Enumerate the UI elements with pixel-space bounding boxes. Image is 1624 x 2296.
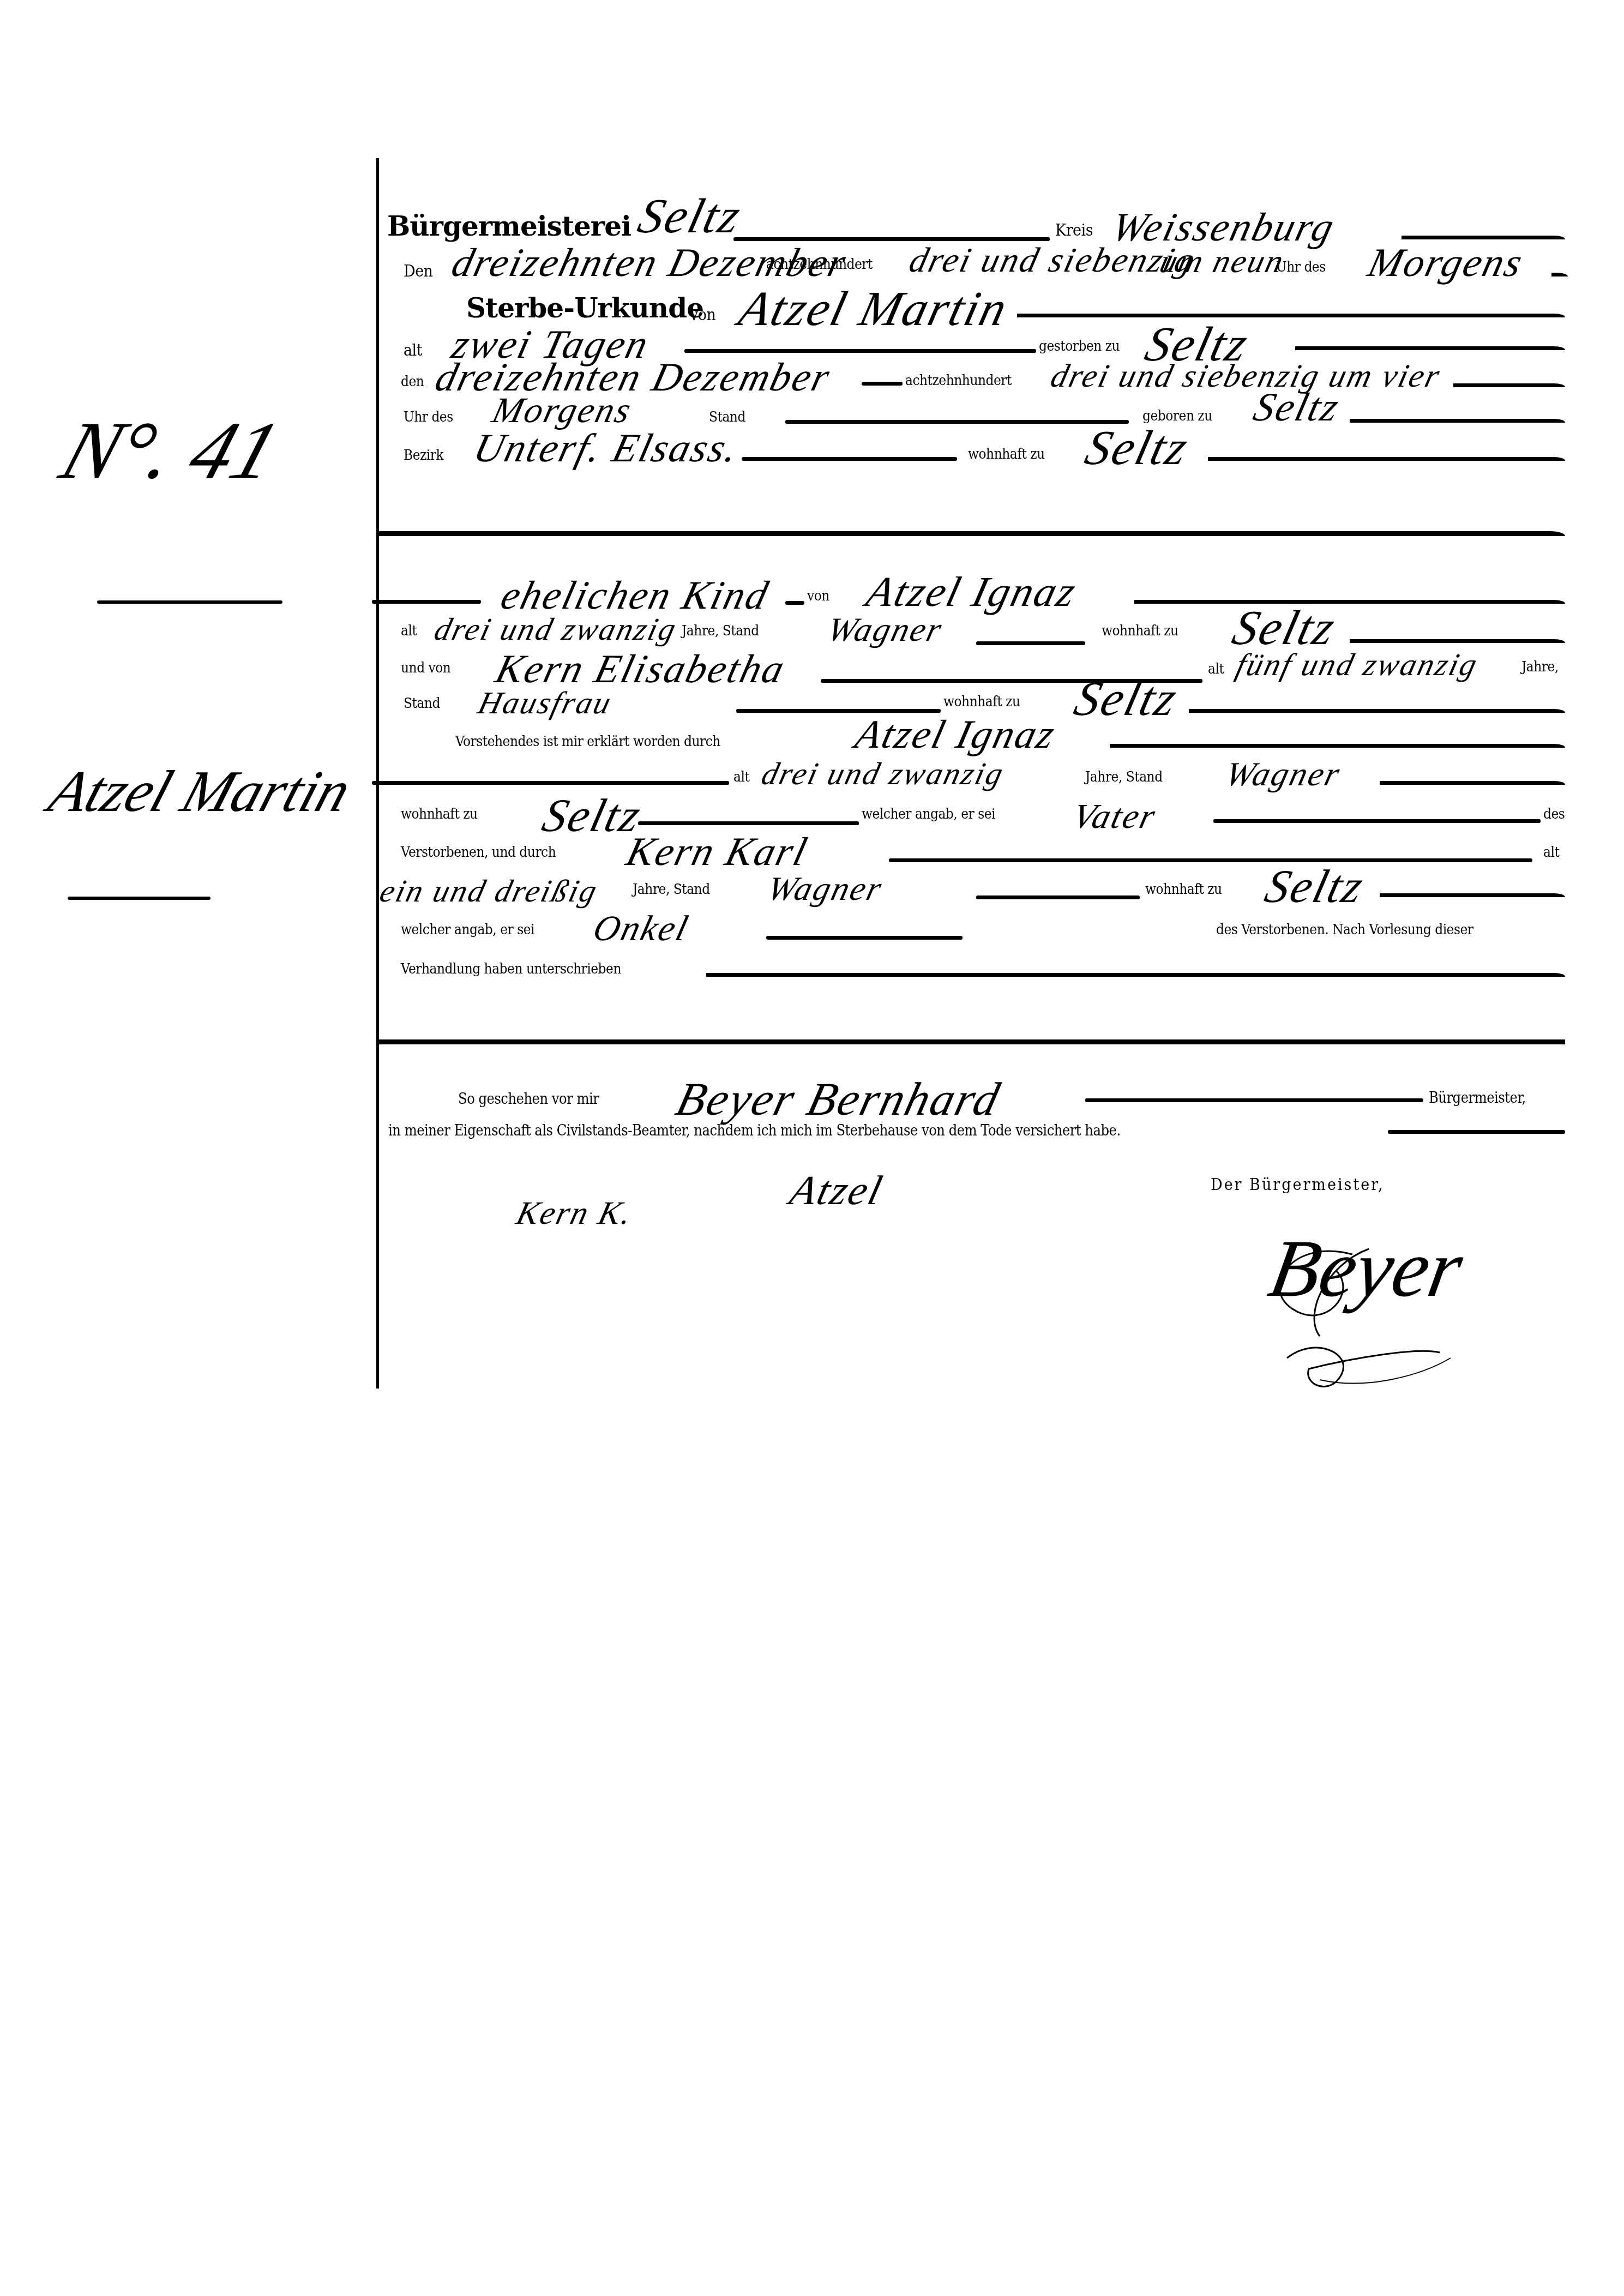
year-value: drei und siebenzig xyxy=(905,240,1199,280)
death-century-label: achtzehnhundert xyxy=(905,372,1012,389)
left-frame-rule xyxy=(376,158,379,1389)
declarant1-lead-line xyxy=(372,781,729,785)
declarant1-residence-label: wohnhaft zu xyxy=(401,806,478,822)
declarant2-age-label: alt xyxy=(1543,844,1559,861)
time-line xyxy=(1551,273,1568,277)
born-line xyxy=(1350,419,1565,423)
declarant1-age: drei und zwanzig xyxy=(758,755,1008,792)
declarant2-name: Kern Karl xyxy=(622,829,813,875)
father-status-line xyxy=(976,641,1085,645)
mother-status-label: Stand xyxy=(404,695,440,712)
status-line xyxy=(785,420,1129,424)
capacity-text: in meiner Eigenschaft als Civilstands-Be… xyxy=(388,1122,1121,1139)
century-label: achtzehnhundert xyxy=(766,256,873,273)
declarant2-residence-line xyxy=(1380,893,1565,897)
father-residence-label: wohnhaft zu xyxy=(1102,623,1178,639)
declarant2-years-label: Jahre, Stand xyxy=(633,881,710,898)
declarant1-name: Atzel Ignaz xyxy=(851,712,1061,758)
of-deceased1-suffix: des xyxy=(1543,806,1565,822)
record-number: N°. 41 xyxy=(50,404,291,497)
margin-deceased-name: Atzel Martin xyxy=(41,758,359,826)
official-name-line xyxy=(1085,1098,1423,1102)
death-hour-label: Uhr des xyxy=(404,409,453,425)
declared-by-text: Vorstehendes ist mir erklärt worden durc… xyxy=(455,734,720,750)
declarant2-residence-label: wohnhaft zu xyxy=(1145,881,1222,898)
father-residence-line xyxy=(1350,639,1565,643)
district-label: Kreis xyxy=(1055,221,1093,240)
child-lead-line xyxy=(372,600,481,604)
section-separator-2 xyxy=(376,1039,1565,1044)
time-value: um neun xyxy=(1156,243,1289,280)
mother-age-value: fünf und zwanzig xyxy=(1232,646,1482,683)
certificate-title: Sterbe-Urkunde xyxy=(466,292,703,324)
witness2-signature: Atzel xyxy=(785,1167,888,1215)
time-of-day: Morgens xyxy=(1363,240,1529,286)
age-line xyxy=(684,349,1036,353)
relation1-line xyxy=(1213,819,1541,823)
official-name: Beyer Bernhard xyxy=(671,1072,1006,1126)
relation1-value: Vater xyxy=(1069,796,1161,837)
region-label: Bezirk xyxy=(404,447,443,464)
deceased-word1: Verstorbenen, und durch xyxy=(401,844,556,861)
mayor-label: Der Bürgermeister, xyxy=(1211,1175,1384,1194)
capacity-line xyxy=(1388,1130,1565,1134)
and-of-label: und von xyxy=(401,660,450,676)
declarant1-status-line xyxy=(1380,781,1565,785)
signed-text: Verhandlung haben unterschrieben xyxy=(401,961,621,977)
signed-line xyxy=(706,973,1565,977)
official-title: Bürgermeister, xyxy=(1429,1090,1526,1107)
father-name: Atzel Ignaz xyxy=(862,567,1082,616)
residence-label: wohnhaft zu xyxy=(968,446,1045,462)
relation2-line xyxy=(766,936,963,940)
father-years-label: Jahre, Stand xyxy=(682,623,759,639)
declarant2-status: Wagner xyxy=(763,870,887,909)
declarant1-age-label: alt xyxy=(733,769,749,785)
name-line xyxy=(1017,314,1565,317)
father-age-label: alt xyxy=(401,623,417,639)
declarant1-status: Wagner xyxy=(1222,755,1345,794)
of-deceased2: des Verstorbenen. Nach Vorlesung dieser xyxy=(1216,922,1473,938)
parents-of-label: von xyxy=(807,588,829,604)
mayoralty-value: Seltz xyxy=(633,188,748,244)
margin-divider-2 xyxy=(68,897,210,900)
father-name-line xyxy=(1134,600,1565,604)
residence-line xyxy=(1208,457,1565,461)
mayor-signature-flourish-icon xyxy=(1243,1227,1472,1402)
certificate-name: Atzel Martin xyxy=(733,281,1014,337)
declarant2-status-line xyxy=(976,895,1140,899)
witness1-signature: Kern K. xyxy=(513,1194,637,1232)
born-place: Seltz xyxy=(1249,384,1345,431)
mother-residence: Seltz xyxy=(1069,671,1184,727)
mother-status: Hausfrau xyxy=(474,684,616,721)
relation2-value: Onkel xyxy=(589,908,694,949)
father-age-value: drei und zwanzig xyxy=(431,611,681,647)
hour-label: Uhr des xyxy=(1276,259,1326,275)
child-line xyxy=(785,601,804,605)
declarant1-residence: Seltz xyxy=(537,788,647,843)
declarant1-residence-line xyxy=(638,821,859,825)
declarant2-age: ein und dreißig xyxy=(376,873,602,909)
mother-residence-line xyxy=(1189,709,1565,713)
date-prefix: Den xyxy=(404,262,433,281)
declarant2-name-line xyxy=(889,858,1532,862)
death-date-prefix: den xyxy=(401,374,424,390)
district-line xyxy=(1402,236,1565,239)
status-label: Stand xyxy=(709,409,745,425)
father-status: Wagner xyxy=(823,611,947,650)
section-separator-1 xyxy=(378,531,1565,536)
region-line xyxy=(742,457,957,461)
mother-residence-label: wohnhaft zu xyxy=(943,694,1020,710)
declarant2-residence: Seltz xyxy=(1260,859,1370,913)
age-label: alt xyxy=(404,341,422,360)
done-before-label: So geschehen vor mir xyxy=(458,1091,599,1108)
region-value: Unterf. Elsass. xyxy=(469,425,744,472)
declarant1-name-line xyxy=(1110,744,1565,748)
mayoralty-label: Bürgermeisterei xyxy=(387,210,631,242)
death-year-line xyxy=(1453,383,1565,387)
mother-years-label: Jahre, xyxy=(1521,659,1559,675)
died-label: gestorben zu xyxy=(1039,338,1120,354)
relation2-label: welcher angab, er sei xyxy=(401,922,534,938)
death-date-line xyxy=(862,382,903,386)
mother-age-label: alt xyxy=(1208,661,1224,677)
death-year-value: drei und siebenzig um vier xyxy=(1047,357,1445,395)
residence-value: Seltz xyxy=(1080,420,1195,476)
died-line xyxy=(1295,346,1565,350)
certificate-of-label: von xyxy=(690,305,715,324)
relation1-label: welcher angab, er sei xyxy=(862,806,995,822)
margin-divider-1 xyxy=(97,600,282,604)
declarant1-years-label: Jahre, Stand xyxy=(1085,769,1163,785)
